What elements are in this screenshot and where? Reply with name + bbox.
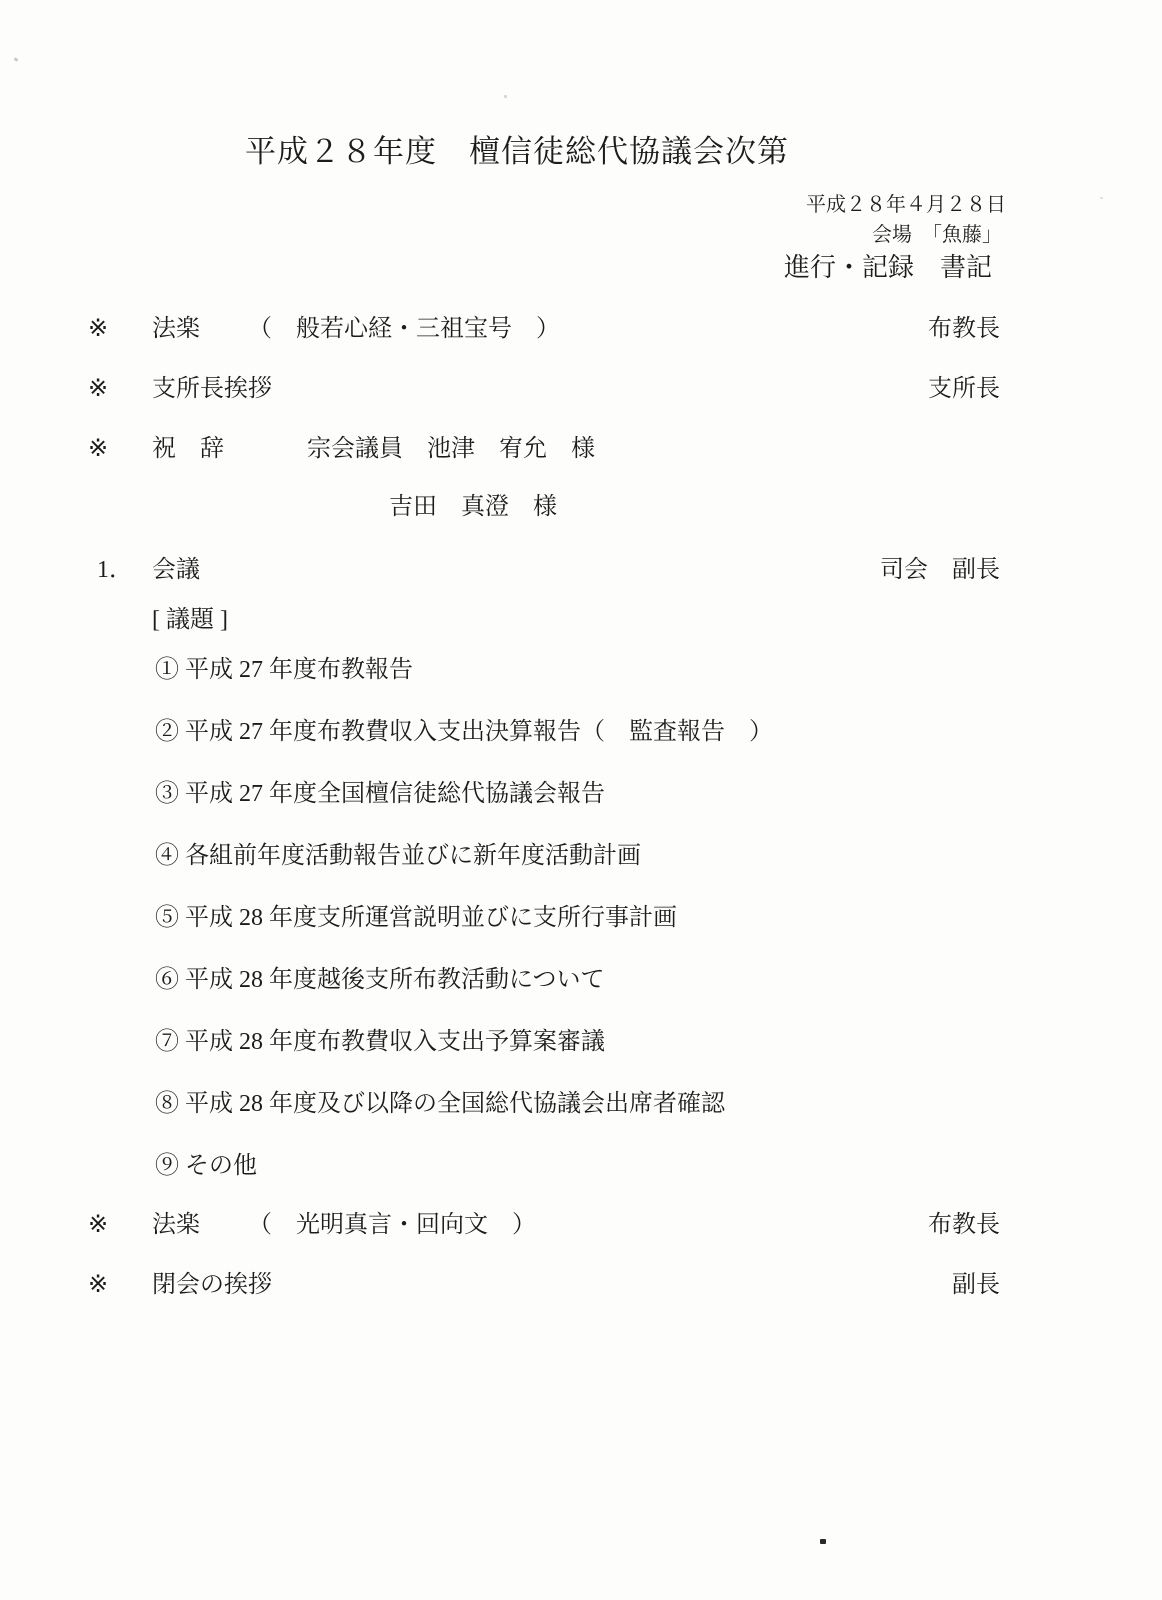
agenda-row-houraku-closing: ※ 法楽 （ 光明真言・回向文 ） 布教長 (88, 1211, 1000, 1240)
scan-speck (504, 95, 507, 98)
scan-speck (820, 1539, 826, 1544)
agenda-item-detail: （ 般若心経・三祖宝号 ） (248, 315, 560, 344)
agenda-row-congratulatory-address: ※ 祝 辞 宗会議員 池津 宥允 様 (88, 435, 1000, 464)
role-label: 副長 (952, 1271, 1000, 1300)
role-label: 支所長 (928, 375, 1000, 404)
venue: 会場 「魚藤」 (872, 223, 1002, 247)
reference-mark: ※ (88, 435, 152, 464)
page-title: 平成２８年度 檀信徒総代協議会次第 (245, 133, 789, 170)
meeting-date: 平成２８年４月２８日 (806, 193, 1006, 217)
agenda-item-label: 法楽 (152, 1211, 200, 1240)
topic-item-7: ⑦ 平成 28 年度布教費収入支出予算案審議 (155, 1027, 1062, 1057)
guest-name: 吉田 真澄 様 (389, 493, 557, 522)
reference-mark: ※ (88, 1271, 152, 1300)
agenda-row-meeting: 1． 会議 司会 副長 (88, 556, 1000, 585)
reference-mark: ※ (88, 315, 152, 344)
role-label: 布教長 (928, 315, 1000, 344)
agenda-item-label: 支所長挨拶 (152, 375, 272, 404)
agenda-item-label: 祝 辞 (152, 435, 224, 464)
guest-name: 宗会議員 池津 宥允 様 (307, 435, 595, 464)
scan-speck (1100, 197, 1103, 199)
reference-mark: ※ (88, 375, 152, 404)
topic-item-1: ① 平成 27 年度布教報告 (155, 655, 1062, 685)
agenda-item-label: 法楽 (152, 315, 200, 344)
topic-item-3: ③ 平成 27 年度全国檀信徒総代協議会報告 (155, 779, 1062, 809)
scan-speck (14, 57, 19, 62)
topics-header: [ 議題 ] (152, 606, 228, 635)
role-label: 司会 副長 (880, 556, 1000, 585)
agenda-row-houraku-opening: ※ 法楽 （ 般若心経・三祖宝号 ） 布教長 (88, 315, 1000, 344)
item-number: 1． (88, 556, 152, 585)
role-label: 布教長 (928, 1211, 1000, 1240)
agenda-row-closing-remarks: ※ 閉会の挨拶 副長 (88, 1271, 1000, 1300)
topic-item-9: ⑨ その他 (155, 1151, 1062, 1181)
topic-item-4: ④ 各組前年度活動報告並びに新年度活動計画 (155, 841, 1062, 871)
agenda-row-second-guest: 吉田 真澄 様 (88, 493, 1000, 522)
agenda-item-label: 閉会の挨拶 (152, 1271, 272, 1300)
reference-mark: ※ (88, 1211, 152, 1240)
topic-item-8: ⑧ 平成 28 年度及び以降の全国総代協議会出席者確認 (155, 1089, 1062, 1119)
topic-item-2: ② 平成 27 年度布教費収入支出決算報告（ 監査報告 ） (155, 717, 1062, 747)
topic-item-5: ⑤ 平成 28 年度支所運営説明並びに支所行事計画 (155, 903, 1062, 933)
agenda-item-detail: （ 光明真言・回向文 ） (248, 1211, 536, 1240)
topics-list: ① 平成 27 年度布教報告 ② 平成 27 年度布教費収入支出決算報告（ 監査… (155, 655, 1062, 1213)
agenda-row-branch-head-greeting: ※ 支所長挨拶 支所長 (88, 375, 1000, 404)
agenda-item-label: 会議 (152, 556, 200, 585)
scanned-document-page: 平成２８年度 檀信徒総代協議会次第 平成２８年４月２８日 会場 「魚藤」 進行・… (0, 0, 1162, 1600)
topic-item-6: ⑥ 平成 28 年度越後支所布教活動について (155, 965, 1062, 995)
facilitator-recorder: 進行・記録 書記 (784, 252, 992, 283)
